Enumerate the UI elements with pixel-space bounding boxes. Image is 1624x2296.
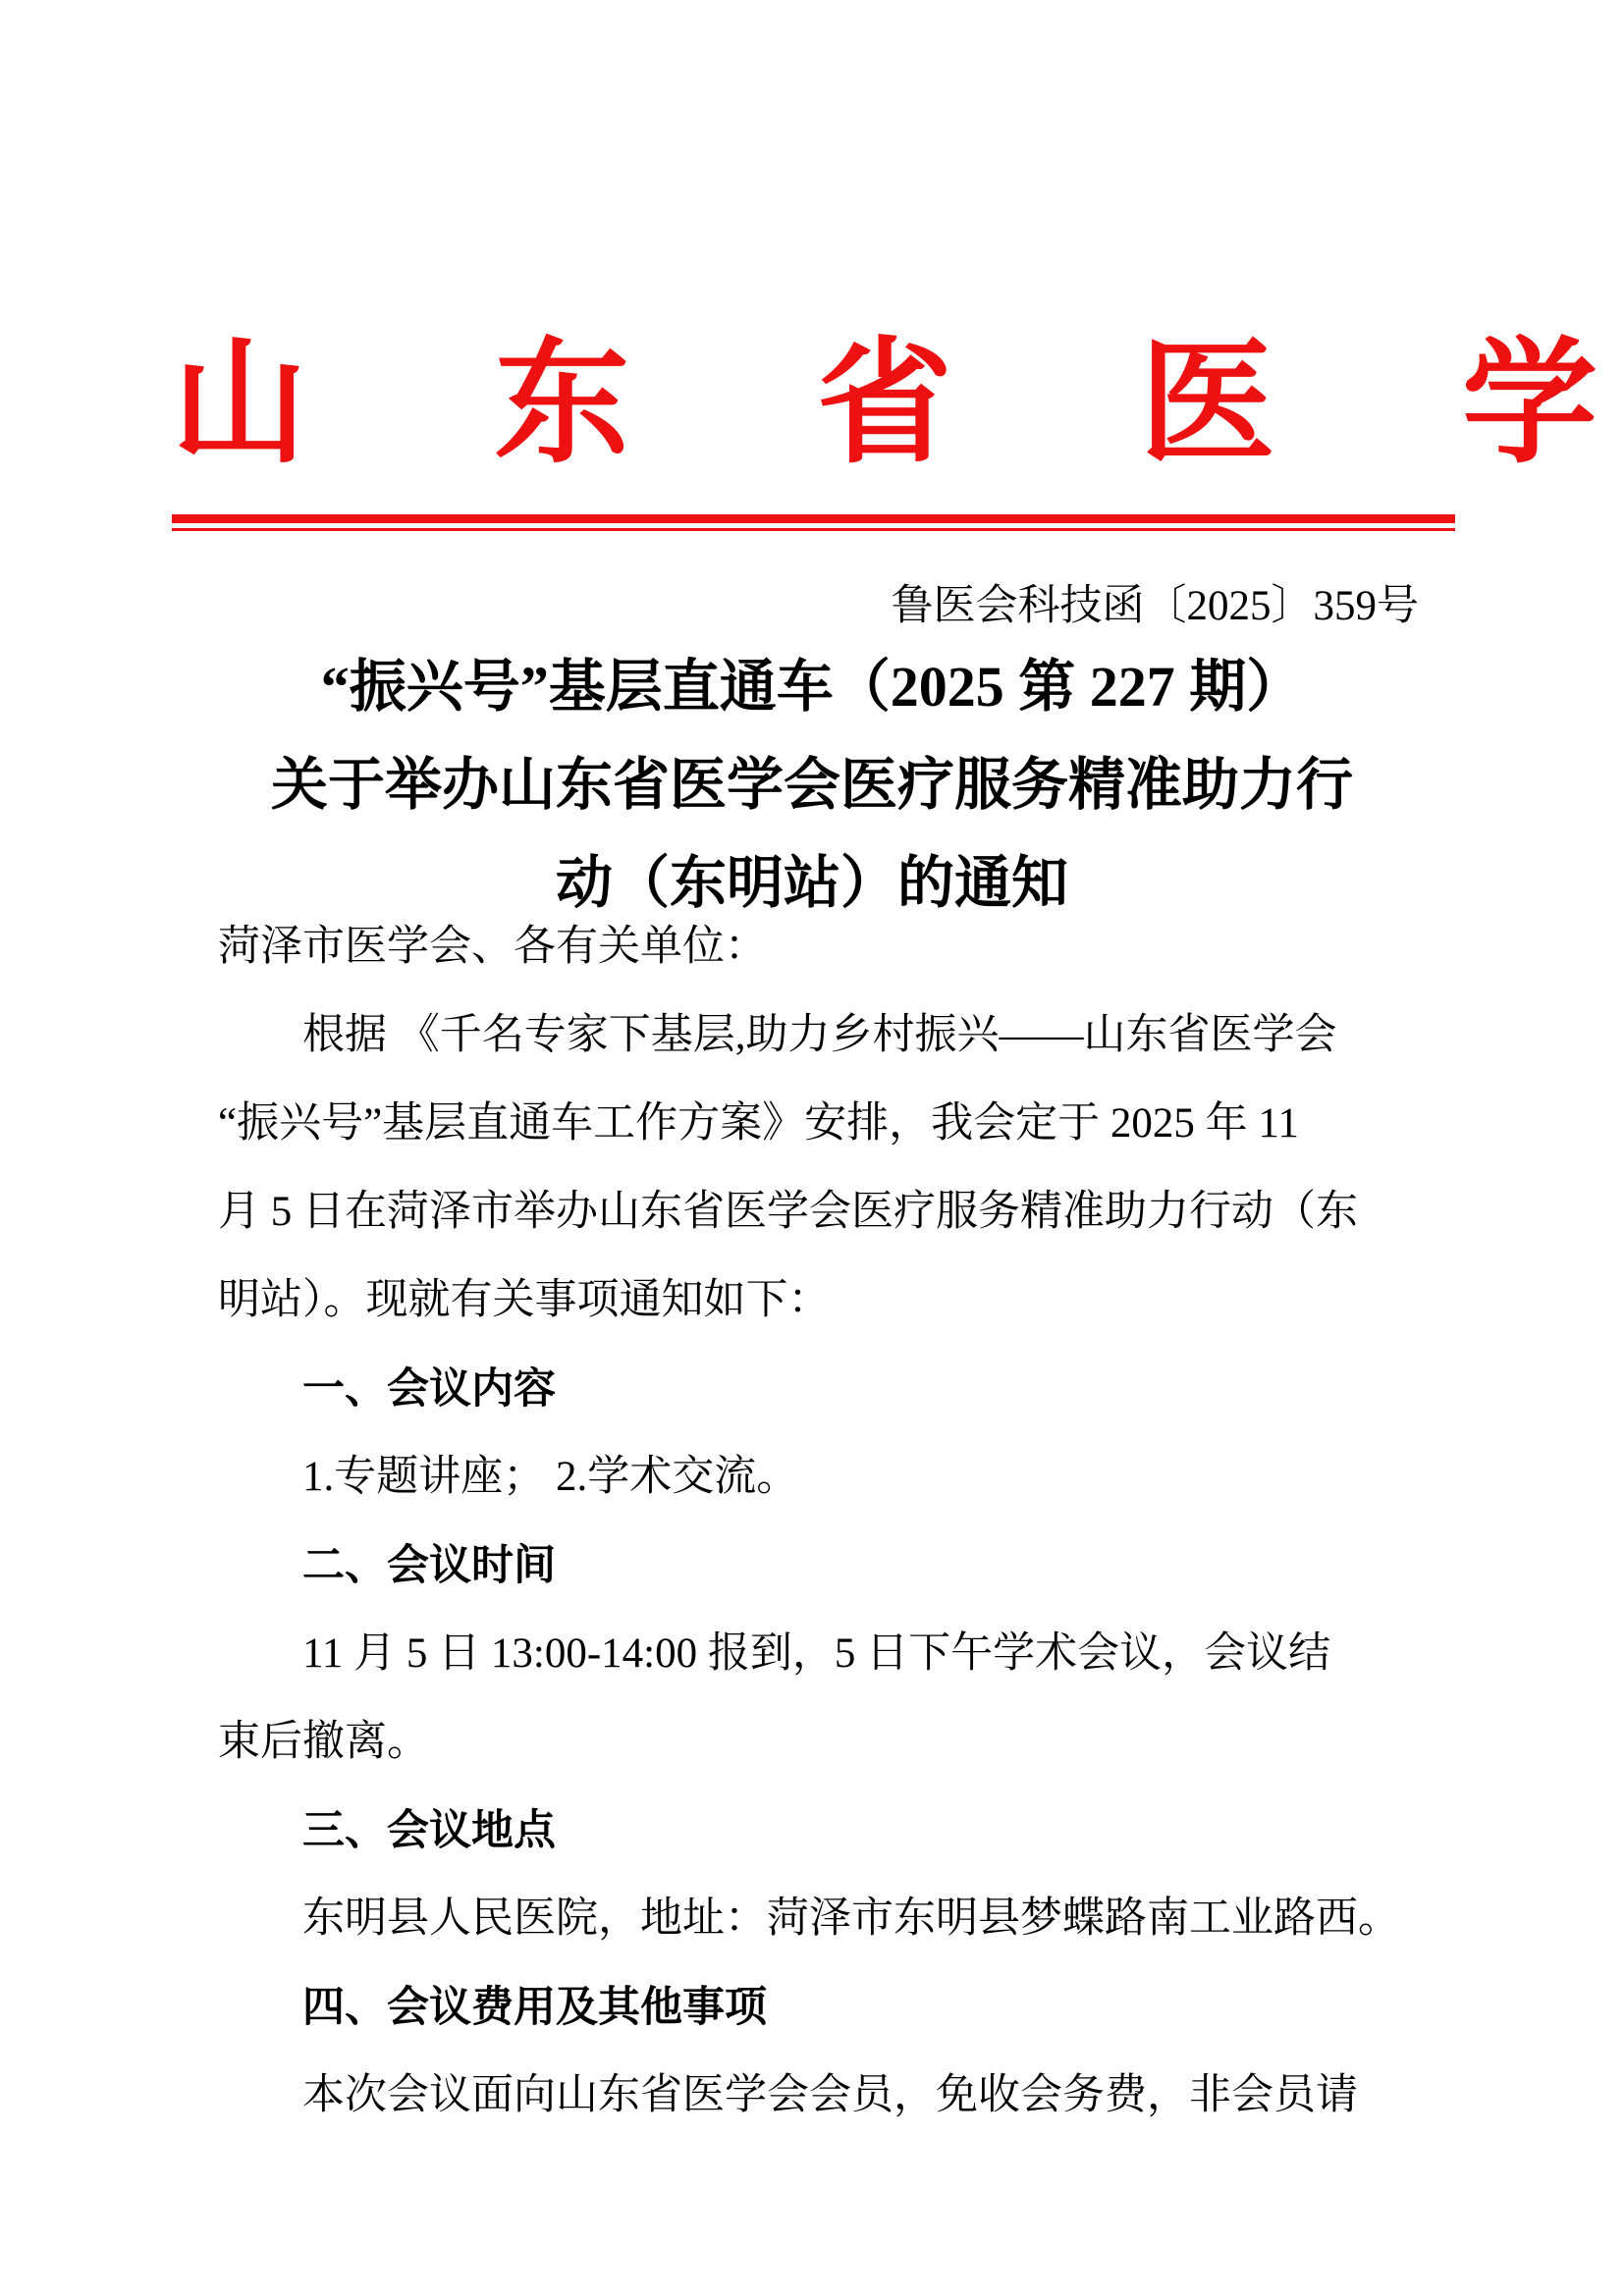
body-line: 明站）。现就有关事项通知如下： <box>218 1256 1419 1345</box>
document-page: 山 东 省 医 学 会 鲁医会科技函〔2025〕359号 “振兴号”基层直通车（… <box>0 0 1624 2296</box>
letterhead-org-name: 山 东 省 医 学 会 <box>172 329 1452 481</box>
body-line: 11 月 5 日 13:00-14:00 报到，5 日下午学术会议，会议结 <box>218 1610 1419 1698</box>
section-heading-1: 一、会议内容 <box>218 1345 1419 1433</box>
section-heading-2: 二、会议时间 <box>218 1522 1419 1610</box>
body-line: 月 5 日在菏泽市举办山东省医学会医疗服务精准助力行动（东 <box>218 1168 1419 1256</box>
notice-body: 菏泽市医学会、各有关单位： 根据 《千名专家下基层,助力乡村振兴——山东省医学会… <box>218 903 1419 2140</box>
notice-title-line-1: “振兴号”基层直通车（2025 第 227 期） <box>196 638 1428 736</box>
salutation-line: 菏泽市医学会、各有关单位： <box>218 903 1419 991</box>
section-heading-4: 四、会议费用及其他事项 <box>218 1963 1419 2052</box>
body-line: “振兴号”基层直通车工作方案》安排，我会定于 2025 年 11 <box>218 1080 1419 1168</box>
body-line: 本次会议面向山东省医学会会员，免收会务费，非会员请 <box>218 2052 1419 2140</box>
doc-reference-number: 鲁医会科技函〔2025〕359号 <box>892 577 1420 636</box>
letterhead-divider-rule <box>172 514 1455 531</box>
body-line: 束后撤离。 <box>218 1698 1419 1787</box>
body-line: 根据 《千名专家下基层,助力乡村振兴——山东省医学会 <box>218 991 1419 1080</box>
notice-title: “振兴号”基层直通车（2025 第 227 期） 关于举办山东省医学会医疗服务精… <box>196 638 1428 933</box>
notice-title-line-2: 关于举办山东省医学会医疗服务精准助力行 <box>196 736 1428 834</box>
section-heading-3: 三、会议地点 <box>218 1787 1419 1875</box>
body-line: 1.专题讲座； 2.学术交流。 <box>218 1433 1419 1522</box>
body-line: 东明县人民医院，地址：菏泽市东明县梦蝶路南工业路西。 <box>218 1875 1419 1963</box>
